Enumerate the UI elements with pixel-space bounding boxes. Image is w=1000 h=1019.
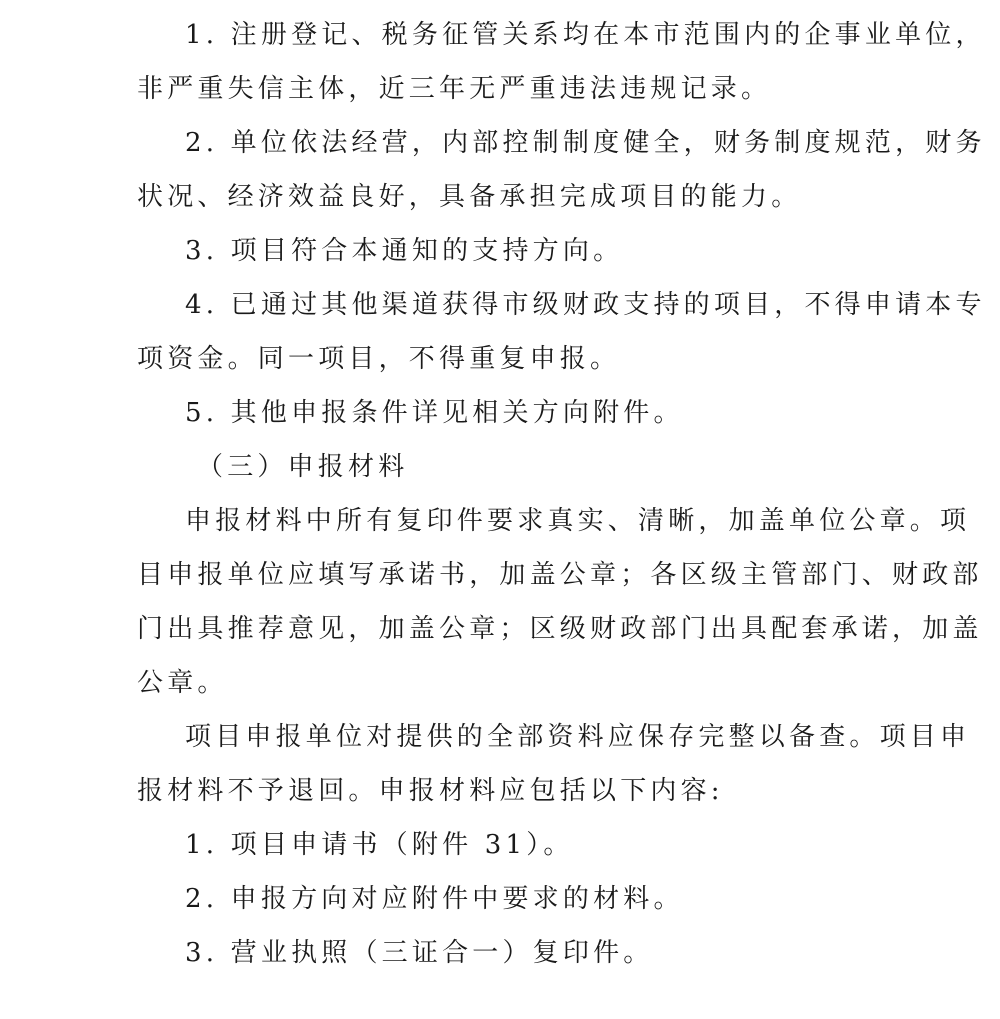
eligibility-item-3: 3. 项目符合本通知的支持方向。 [185, 224, 623, 278]
materials-paragraph-1-line-4: 公章。 [137, 656, 228, 710]
section-heading-materials: （三）申报材料 [197, 440, 408, 494]
materials-paragraph-1-line-1: 申报材料中所有复印件要求真实、清晰，加盖单位公章。项 [185, 494, 882, 548]
eligibility-item-5: 5. 其他申报条件详见相关方向附件。 [185, 386, 684, 440]
eligibility-item-2-line-2: 状况、经济效益良好，具备承担完成项目的能力。 [137, 170, 801, 224]
materials-paragraph-1-line-2: 目申报单位应填写承诺书，加盖公章；各区级主管部门、财政部 [137, 548, 882, 602]
eligibility-item-4-line-2: 项资金。同一项目，不得重复申报。 [137, 332, 620, 386]
materials-paragraph-2-line-2: 报材料不予退回。申报材料应包括以下内容: [137, 764, 724, 818]
eligibility-item-4-line-1: 4. 已通过其他渠道获得市级财政支持的项目，不得申请本专 [185, 278, 882, 332]
materials-item-1: 1. 项目申请书（附件 31）。 [185, 818, 574, 872]
materials-item-2: 2. 申报方向对应附件中要求的材料。 [185, 872, 684, 926]
eligibility-item-2-line-1: 2. 单位依法经营，内部控制制度健全，财务制度规范，财务 [185, 116, 882, 170]
eligibility-item-1-line-2: 非严重失信主体，近三年无严重违法违规记录。 [137, 62, 771, 116]
materials-item-3: 3. 营业执照（三证合一）复印件。 [185, 926, 653, 980]
materials-paragraph-1-line-3: 门出具推荐意见，加盖公章；区级财政部门出具配套承诺，加盖 [137, 602, 882, 656]
materials-paragraph-2-line-1: 项目申报单位对提供的全部资料应保存完整以备查。项目申 [185, 710, 882, 764]
eligibility-item-1-line-1: 1. 注册登记、税务征管关系均在本市范围内的企事业单位， [185, 8, 882, 62]
